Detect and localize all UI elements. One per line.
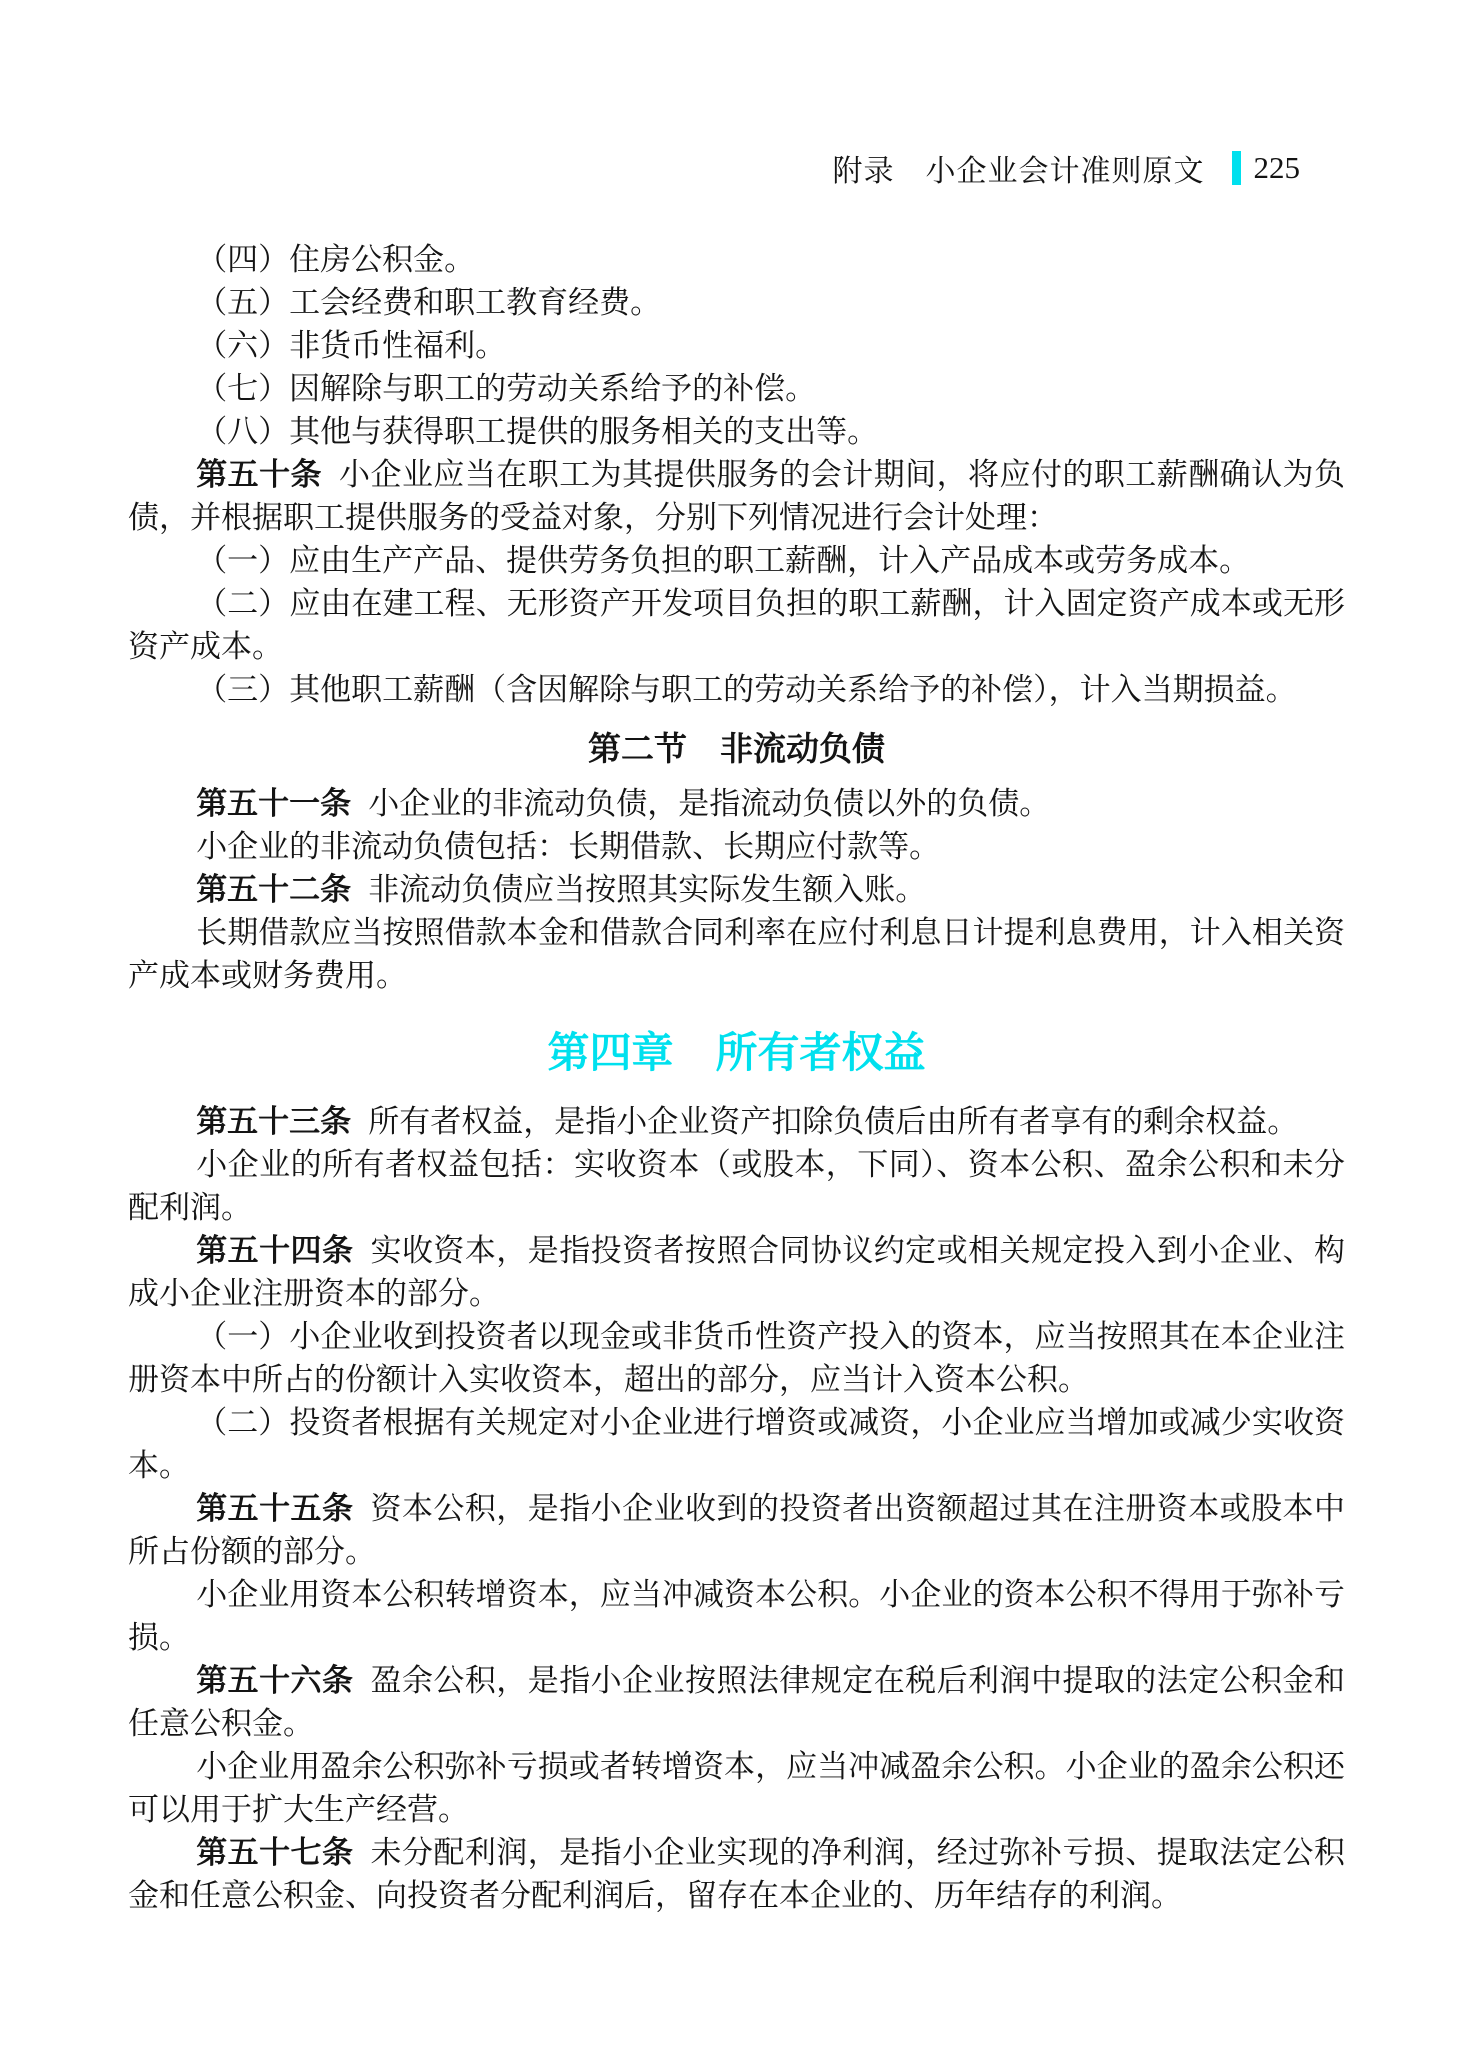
paragraph-text: （五）工会经费和职工教育经费。: [196, 285, 661, 320]
paragraph-text: （二）应由在建工程、无形资产开发项目负担的职工薪酬，计入固定资产成本或无形资产成…: [128, 586, 1345, 664]
paragraph-text: （八）其他与获得职工提供的服务相关的支出等。: [196, 414, 878, 449]
article-paragraph: 第五十六条盈余公积，是指小企业按照法律规定在税后利润中提取的法定公积金和任意公积…: [128, 1659, 1345, 1745]
article-text: 所有者权益，是指小企业资产扣除负债后由所有者享有的剩余权益。: [368, 1104, 1298, 1139]
article-paragraph: 第五十四条实收资本，是指投资者按照合同协议约定或相关规定投入到小企业、构成小企业…: [128, 1229, 1345, 1315]
article-number: 第五十条: [196, 457, 322, 492]
list-item-paragraph: （一）应由生产产品、提供劳务负担的职工薪酬，计入产品成本或劳务成本。: [128, 539, 1345, 582]
article-number: 第五十四条: [196, 1233, 353, 1268]
paragraph-text: 小企业的非流动负债包括：长期借款、长期应付款等。: [196, 829, 940, 864]
paragraph-text: 长期借款应当按照借款本金和借款合同利率在应付利息日计提利息费用，计入相关资产成本…: [128, 915, 1345, 993]
document-page: 附录 小企业会计准则原文 225 （四）住房公积金。 （五）工会经费和职工教育经…: [0, 0, 1457, 2048]
list-item-paragraph: （三）其他职工薪酬（含因解除与职工的劳动关系给予的补偿），计入当期损益。: [128, 668, 1345, 711]
article-paragraph: 第五十二条非流动负债应当按照其实际发生额入账。: [128, 868, 1345, 911]
article-number: 第五十二条: [196, 872, 351, 907]
page-header: 附录 小企业会计准则原文 225: [128, 148, 1345, 188]
article-number: 第五十六条: [196, 1663, 353, 1698]
list-item-paragraph: （五）工会经费和职工教育经费。: [128, 281, 1345, 324]
article-paragraph: 第五十一条小企业的非流动负债，是指流动负债以外的负债。: [128, 782, 1345, 825]
document-body: （四）住房公积金。 （五）工会经费和职工教育经费。 （六）非货币性福利。 （七）…: [128, 238, 1345, 1917]
list-item-paragraph: （二）投资者根据有关规定对小企业进行增资或减资，小企业应当增加或减少实收资本。: [128, 1401, 1345, 1487]
chapter-heading: 第四章 所有者权益: [128, 1031, 1345, 1074]
list-item-paragraph: （四）住房公积金。: [128, 238, 1345, 281]
page-number: 225: [1254, 150, 1301, 186]
page-number-accent-bar: [1232, 151, 1241, 185]
list-item-paragraph: （一）小企业收到投资者以现金或非货币性资产投入的资本，应当按照其在本企业注册资本…: [128, 1315, 1345, 1401]
paragraph-text: （一）小企业收到投资者以现金或非货币性资产投入的资本，应当按照其在本企业注册资本…: [128, 1319, 1345, 1397]
body-paragraph: 小企业的所有者权益包括：实收资本（或股本，下同）、资本公积、盈余公积和未分配利润…: [128, 1143, 1345, 1229]
article-paragraph: 第五十七条未分配利润，是指小企业实现的净利润，经过弥补亏损、提取法定公积金和任意…: [128, 1831, 1345, 1917]
body-paragraph: 小企业用资本公积转增资本，应当冲减资本公积。小企业的资本公积不得用于弥补亏损。: [128, 1573, 1345, 1659]
section-heading: 第二节 非流动负债: [128, 727, 1345, 770]
article-paragraph: 第五十五条资本公积，是指小企业收到的投资者出资额超过其在注册资本或股本中所占份额…: [128, 1487, 1345, 1573]
list-item-paragraph: （七）因解除与职工的劳动关系给予的补偿。: [128, 367, 1345, 410]
body-paragraph: 小企业的非流动负债包括：长期借款、长期应付款等。: [128, 825, 1345, 868]
paragraph-text: （四）住房公积金。: [196, 242, 475, 277]
paragraph-text: 小企业用盈余公积弥补亏损或者转增资本，应当冲减盈余公积。小企业的盈余公积还可以用…: [128, 1749, 1345, 1827]
paragraph-text: （二）投资者根据有关规定对小企业进行增资或减资，小企业应当增加或减少实收资本。: [128, 1405, 1345, 1483]
article-number: 第五十一条: [196, 786, 351, 821]
article-paragraph: 第五十条小企业应当在职工为其提供服务的会计期间，将应付的职工薪酬确认为负债，并根…: [128, 453, 1345, 539]
article-number: 第五十七条: [196, 1835, 353, 1870]
article-text: 非流动负债应当按照其实际发生额入账。: [368, 872, 926, 907]
paragraph-text: （七）因解除与职工的劳动关系给予的补偿。: [196, 371, 816, 406]
article-text: 小企业的非流动负债，是指流动负债以外的负债。: [368, 786, 1050, 821]
paragraph-text: （六）非货币性福利。: [196, 328, 506, 363]
list-item-paragraph: （八）其他与获得职工提供的服务相关的支出等。: [128, 410, 1345, 453]
body-paragraph: 小企业用盈余公积弥补亏损或者转增资本，应当冲减盈余公积。小企业的盈余公积还可以用…: [128, 1745, 1345, 1831]
list-item-paragraph: （六）非货币性福利。: [128, 324, 1345, 367]
article-paragraph: 第五十三条所有者权益，是指小企业资产扣除负债后由所有者享有的剩余权益。: [128, 1100, 1345, 1143]
list-item-paragraph: （二）应由在建工程、无形资产开发项目负担的职工薪酬，计入固定资产成本或无形资产成…: [128, 582, 1345, 668]
running-head-title: 附录 小企业会计准则原文: [833, 146, 1205, 190]
paragraph-text: 小企业用资本公积转增资本，应当冲减资本公积。小企业的资本公积不得用于弥补亏损。: [128, 1577, 1345, 1655]
paragraph-text: 小企业的所有者权益包括：实收资本（或股本，下同）、资本公积、盈余公积和未分配利润…: [128, 1147, 1345, 1225]
article-number: 第五十五条: [196, 1491, 353, 1526]
paragraph-text: （三）其他职工薪酬（含因解除与职工的劳动关系给予的补偿），计入当期损益。: [196, 672, 1297, 707]
paragraph-text: （一）应由生产产品、提供劳务负担的职工薪酬，计入产品成本或劳务成本。: [196, 543, 1250, 578]
body-paragraph: 长期借款应当按照借款本金和借款合同利率在应付利息日计提利息费用，计入相关资产成本…: [128, 911, 1345, 997]
article-number: 第五十三条: [196, 1104, 351, 1139]
